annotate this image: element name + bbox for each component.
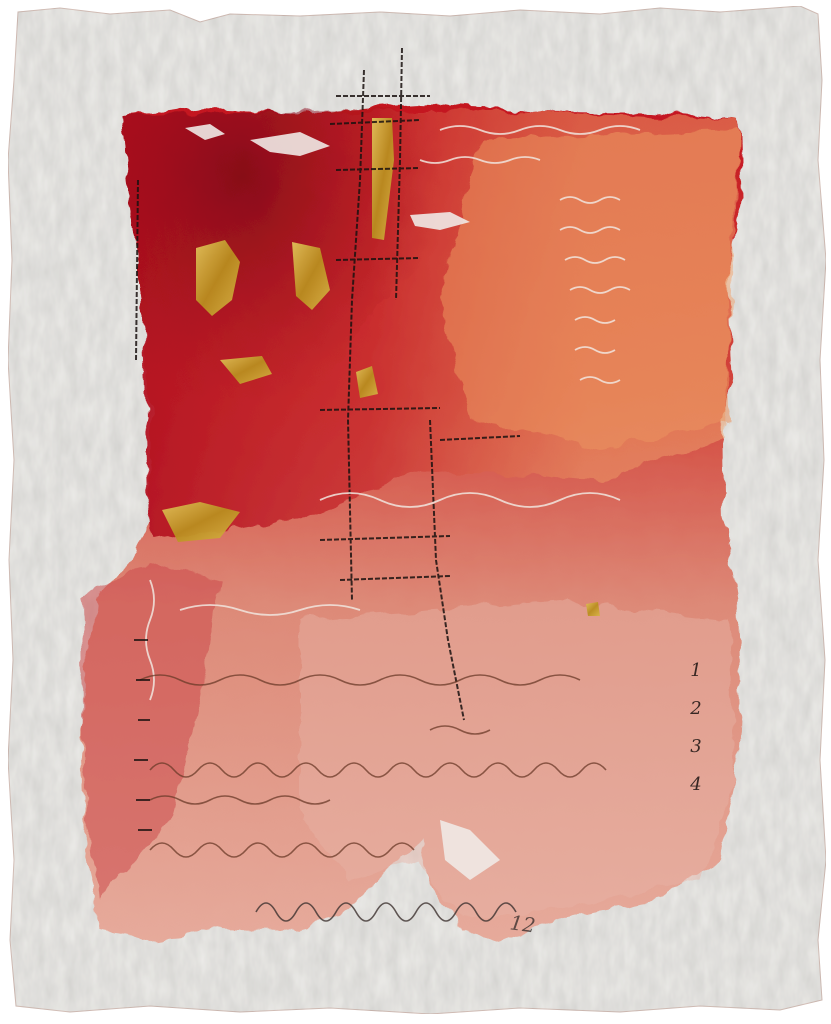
signature-year: 12 xyxy=(508,910,537,937)
numeral-3: 3 xyxy=(686,728,706,766)
painting-canvas xyxy=(0,0,831,1024)
artwork-photo: 1 2 3 4 12 Abstract mixed-media painting… xyxy=(0,0,831,1024)
numeral-2: 2 xyxy=(686,690,706,728)
vertical-numerals: 1 2 3 4 xyxy=(686,652,706,804)
numeral-4: 4 xyxy=(686,766,706,804)
numeral-1: 1 xyxy=(686,652,706,690)
